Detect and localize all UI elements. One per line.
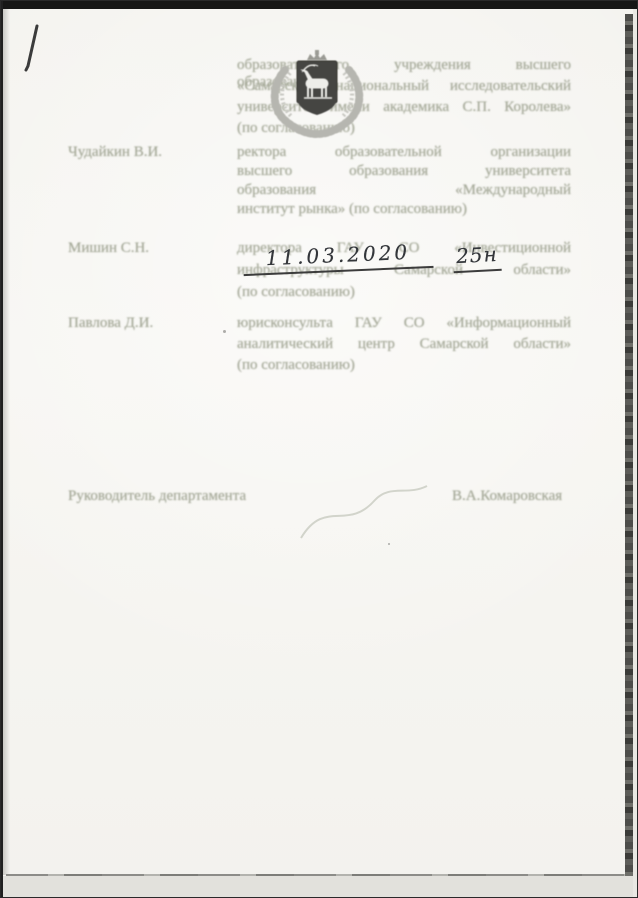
ghost-name: Мишин С.Н. xyxy=(68,240,218,257)
scan-left-edge xyxy=(0,0,3,898)
ghost-text-line: образования «Международный xyxy=(237,182,571,199)
ghost-name: Павлова Д.И. xyxy=(68,315,218,332)
pen-mark xyxy=(20,22,46,74)
ghost-signoff-name: В.А.Комаровская xyxy=(452,488,582,505)
ghost-signature-squiggle xyxy=(295,480,435,550)
handwritten-order-number: 25н xyxy=(452,242,501,273)
scan-top-edge xyxy=(0,0,638,9)
ghost-text-line: аналитический центр Самарской области» xyxy=(237,336,571,353)
ghost-text-line: (по согласованию) xyxy=(237,284,571,301)
ghost-signoff-role: Руководитель департамента xyxy=(68,488,298,505)
ghost-text-line: юрисконсульта ГАУ СО «Информационный xyxy=(237,315,571,332)
paper-bottom-edge xyxy=(6,874,627,876)
scanned-order-page: { "document": { "header": { "line1": "ДЕ… xyxy=(0,0,638,898)
ghost-name: Чудайкин В.И. xyxy=(68,144,218,161)
samara-coat-of-arms-emblem xyxy=(263,50,371,140)
scan-speck xyxy=(388,543,390,545)
ghost-text-line: институт рынка» (по согласованию) xyxy=(237,201,571,218)
paper-edge-shadow xyxy=(3,9,10,875)
paper-right-margin xyxy=(633,9,638,898)
ghost-text-line: высшего образования университета xyxy=(237,163,571,180)
scan-speck xyxy=(223,330,226,333)
ghost-text-line: (по согласованию) xyxy=(237,357,571,374)
scan-binding-shadow xyxy=(625,14,633,876)
ghost-text-line: ректора образовательной организации xyxy=(237,144,571,161)
paper-bottom-shade xyxy=(3,876,633,898)
